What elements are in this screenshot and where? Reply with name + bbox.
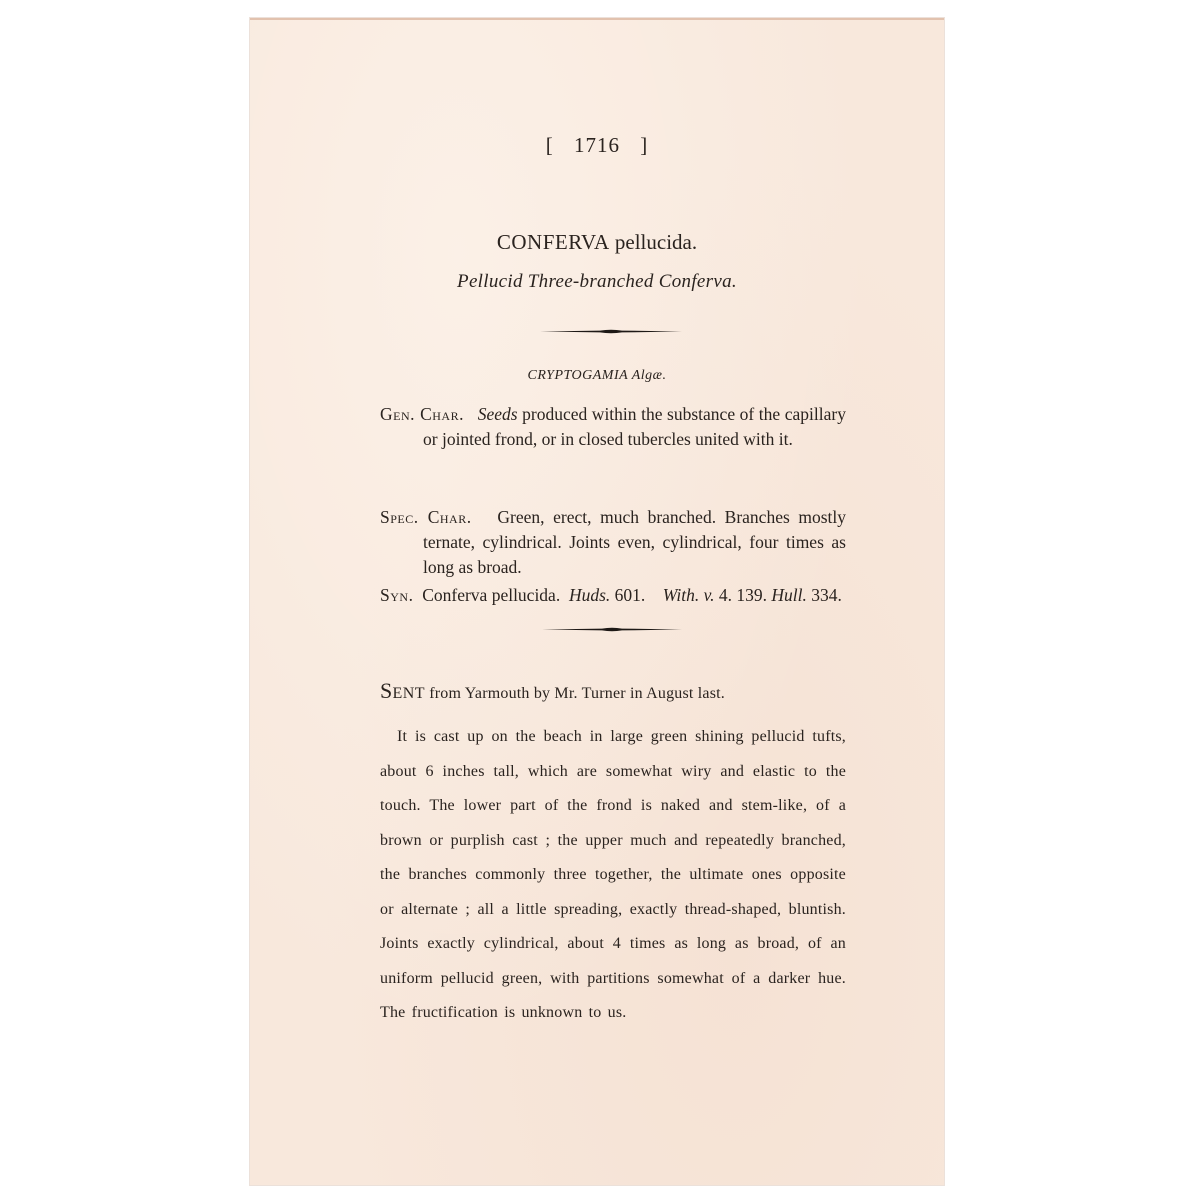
generic-character-lead: Seeds bbox=[478, 404, 518, 424]
ref-author: With. v. bbox=[663, 585, 715, 605]
ref-cite: 4. 139. bbox=[714, 585, 767, 605]
drop-cap: S bbox=[380, 678, 392, 703]
lead-sentence: SENT from Yarmouth by Mr. Turner in Augu… bbox=[380, 678, 846, 704]
synonyms: Syn. Conferva pellucida. Huds. 601. With… bbox=[380, 583, 846, 608]
specific-character-label: Spec. Char. bbox=[380, 507, 472, 527]
species-epithet: pellucida. bbox=[615, 230, 697, 254]
order-name: Algæ. bbox=[632, 368, 667, 383]
generic-character: Gen. Char. Seeds produced within the sub… bbox=[380, 402, 846, 452]
generic-character-label: Gen. Char. bbox=[380, 404, 464, 424]
page-number: [ 1716 ] bbox=[250, 133, 944, 158]
common-name: Pellucid Three-branched Conferva. bbox=[250, 271, 944, 293]
synonym-name: Conferva pellucida. bbox=[422, 585, 560, 605]
ref-cite: 601. bbox=[610, 585, 645, 605]
species-title: CONFERVA pellucida. bbox=[250, 230, 944, 255]
ornamental-divider-top bbox=[540, 329, 682, 334]
lead-text: from Yarmouth by Mr. Turner in August la… bbox=[425, 685, 725, 702]
description-paragraph: It is cast up on the beach in large gree… bbox=[380, 720, 846, 1031]
ref-author: Hull. bbox=[771, 585, 807, 605]
genus-name: CONFERVA bbox=[497, 230, 610, 254]
specific-character: Spec. Char. Green, erect, much branched.… bbox=[380, 505, 846, 580]
specific-character-text: Green, erect, much branched. Branches mo… bbox=[423, 507, 846, 577]
class-name: CRYPTOGAMIA bbox=[528, 368, 628, 383]
classification: CRYPTOGAMIA Algæ. bbox=[250, 368, 944, 384]
ornamental-divider-bottom bbox=[542, 627, 682, 632]
book-page: [ 1716 ] CONFERVA pellucida. Pellucid Th… bbox=[250, 18, 944, 1185]
ref-author: Huds. bbox=[569, 585, 610, 605]
synonyms-label: Syn. bbox=[380, 585, 413, 605]
lead-caps: ENT bbox=[392, 685, 425, 702]
ref-cite: 334. bbox=[807, 585, 842, 605]
